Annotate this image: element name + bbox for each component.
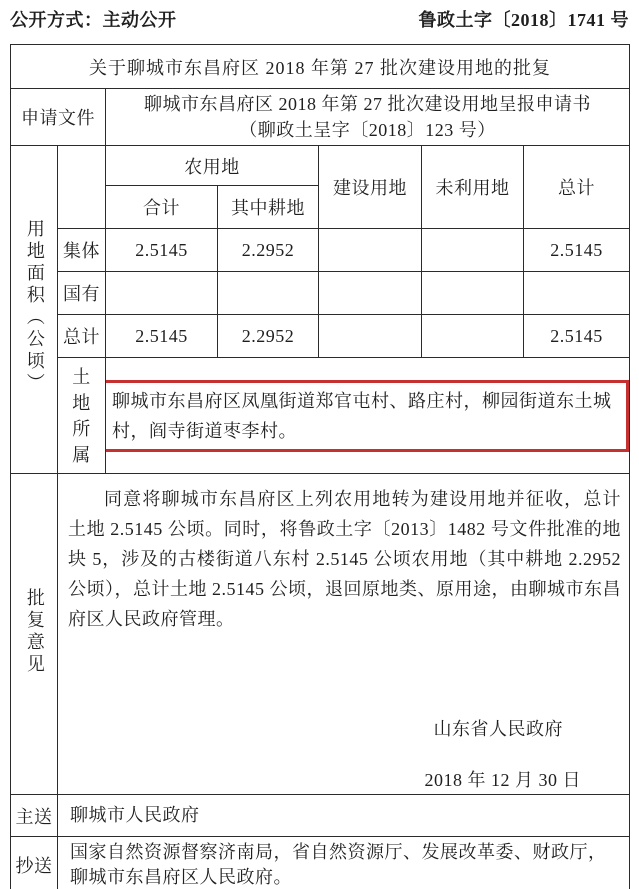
document-number: 鲁政土字〔2018〕1741 号 bbox=[419, 8, 630, 32]
application-file-ref-number: （聊政土呈字〔2018〕123 号） bbox=[110, 117, 625, 143]
grand-agri-cultivated: 2.2952 bbox=[218, 315, 319, 358]
approval-opinion-label-cell: 批复意见 bbox=[11, 474, 58, 795]
approval-opinion-row: 批复意见 同意将聊城市东昌府区上列农用地转为建设用地并征收，总计土地 2.514… bbox=[11, 474, 630, 795]
approval-date: 2018 年 12 月 30 日 bbox=[58, 767, 629, 793]
table-row-grand-total: 总计 2.5145 2.2952 2.5145 bbox=[11, 315, 630, 358]
document-title: 关于聊城市东昌府区 2018 年第 27 批次建设用地的批复 bbox=[11, 45, 630, 89]
application-file-label: 申请文件 bbox=[11, 89, 106, 146]
column-header-agricultural: 农用地 bbox=[106, 146, 319, 186]
title-row: 关于聊城市东昌府区 2018 年第 27 批次建设用地的批复 bbox=[11, 45, 630, 89]
collective-agri-total: 2.5145 bbox=[106, 229, 218, 272]
column-header-agri-total: 合计 bbox=[106, 186, 218, 229]
collective-total: 2.5145 bbox=[524, 229, 630, 272]
approval-opinion-cell: 同意将聊城市东昌府区上列农用地转为建设用地并征收，总计土地 2.5145 公顷。… bbox=[58, 474, 630, 795]
table-row-collective: 集体 2.5145 2.2952 2.5145 bbox=[11, 229, 630, 272]
application-file-row: 申请文件 聊城市东昌府区 2018 年第 27 批次建设用地呈报申请书 （聊政土… bbox=[11, 89, 630, 146]
column-header-agri-cultivated: 其中耕地 bbox=[218, 186, 319, 229]
state-agri-cultivated bbox=[218, 272, 319, 315]
row-label-grand-total: 总计 bbox=[58, 315, 106, 358]
main-recipient-text: 聊城市人民政府 bbox=[58, 795, 630, 837]
approval-opinion-label: 批复意见 bbox=[24, 588, 44, 676]
land-ownership-row: 土地所属 聊城市东昌府区凤凰街道郑官屯村、路庄村，柳园街道东土城村，阎寺街道枣李… bbox=[11, 358, 630, 474]
collective-construction bbox=[319, 229, 422, 272]
main-recipient-row: 主送 聊城市人民政府 bbox=[11, 795, 630, 837]
state-agri-total bbox=[106, 272, 218, 315]
issuing-authority: 山东省人民政府 bbox=[58, 716, 629, 742]
area-header-row-1: 用地面积（公顷） 农用地 建设用地 未利用地 总计 bbox=[11, 146, 630, 186]
column-header-construction: 建设用地 bbox=[319, 146, 422, 229]
column-header-unused: 未利用地 bbox=[422, 146, 524, 229]
land-area-label: 用地面积（公顷） bbox=[24, 219, 44, 395]
grand-agri-total: 2.5145 bbox=[106, 315, 218, 358]
copy-recipients-label: 抄送 bbox=[11, 837, 58, 889]
state-unused bbox=[422, 272, 524, 315]
grand-total: 2.5145 bbox=[524, 315, 630, 358]
row-label-collective: 集体 bbox=[58, 229, 106, 272]
copy-recipients-row: 抄送 国家自然资源督察济南局，省自然资源厅、发展改革委、财政厅，聊城市东昌府区人… bbox=[11, 837, 630, 889]
approval-opinion-text: 同意将聊城市东昌府区上列农用地转为建设用地并征收，总计土地 2.5145 公顷。… bbox=[58, 474, 629, 634]
grand-construction bbox=[319, 315, 422, 358]
grand-unused bbox=[422, 315, 524, 358]
application-file-value: 聊城市东昌府区 2018 年第 27 批次建设用地呈报申请书 （聊政土呈字〔20… bbox=[106, 89, 630, 146]
area-row-label-spacer bbox=[58, 146, 106, 229]
publicity-method: 公开方式：主动公开 bbox=[10, 8, 177, 32]
collective-unused bbox=[422, 229, 524, 272]
copy-recipients-text: 国家自然资源督察济南局，省自然资源厅、发展改革委、财政厅，聊城市东昌府区人民政府… bbox=[58, 837, 630, 889]
approval-document-table: 关于聊城市东昌府区 2018 年第 27 批次建设用地的批复 申请文件 聊城市东… bbox=[10, 44, 630, 889]
application-file-name: 聊城市东昌府区 2018 年第 27 批次建设用地呈报申请书 bbox=[110, 91, 625, 117]
row-label-state-owned: 国有 bbox=[58, 272, 106, 315]
red-highlight-box: 聊城市东昌府区凤凰街道郑官屯村、路庄村，柳园街道东土城村，阎寺街道枣李村。 bbox=[106, 380, 630, 452]
document-header: 公开方式：主动公开 鲁政土字〔2018〕1741 号 bbox=[0, 0, 639, 32]
collective-agri-cultivated: 2.2952 bbox=[218, 229, 319, 272]
column-header-total: 总计 bbox=[524, 146, 630, 229]
land-area-label-cell: 用地面积（公顷） bbox=[11, 146, 58, 474]
state-total bbox=[524, 272, 630, 315]
land-ownership-cell: 聊城市东昌府区凤凰街道郑官屯村、路庄村，柳园街道东土城村，阎寺街道枣李村。 bbox=[106, 358, 630, 474]
land-ownership-text: 聊城市东昌府区凤凰街道郑官屯村、路庄村，柳园街道东土城村，阎寺街道枣李村。 bbox=[112, 386, 616, 446]
table-row-state-owned: 国有 bbox=[11, 272, 630, 315]
land-ownership-label: 土地所属 bbox=[58, 358, 106, 474]
main-recipient-label: 主送 bbox=[11, 795, 58, 837]
state-construction bbox=[319, 272, 422, 315]
